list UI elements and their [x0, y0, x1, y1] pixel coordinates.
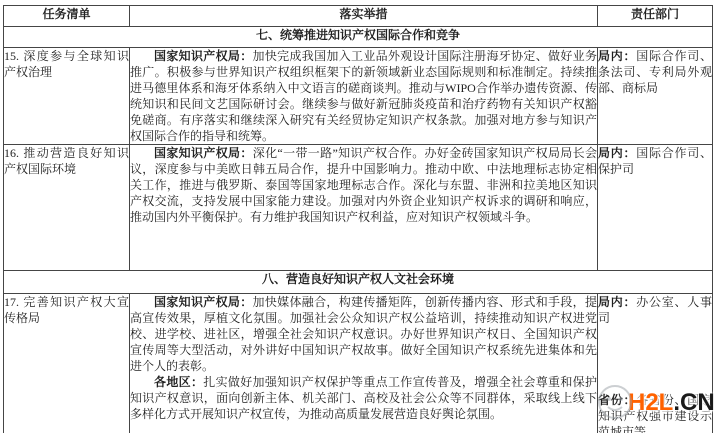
department-block: 局内：国际合作司、保护司 — [598, 145, 712, 177]
section-row-7: 七、统筹推进知识产权国际合作和竞争 — [4, 27, 713, 48]
task-cell-17: 17. 完善知识产权大宣传格局 — [4, 294, 130, 433]
task-cell-15: 15. 深度参与全球知识产权治理 — [4, 48, 130, 145]
dept-lead: 局内： — [598, 295, 636, 309]
column-header-departments: 责任部门 — [598, 6, 713, 27]
measures-cell-16: 国家知识产权局：深化“一带一路”知识产权合作。办好金砖国家知识产权局局长会议，深… — [130, 145, 598, 271]
measure-paragraph: 国家知识产权局：加快完成我国加入工业品外观设计国际注册海牙协定、做好业务推广。积… — [130, 48, 597, 144]
departments-cell-16: 局内：国际合作司、保护司 — [598, 145, 713, 271]
measure-paragraph: 国家知识产权局：加快媒体融合，构建传播矩阵，创新传播内容、形式和手段，提高宣传效… — [130, 294, 597, 374]
table-header-row: 任务清单 落实举措 责任部门 — [4, 6, 713, 27]
agency-lead: 国家知识产权局： — [154, 295, 253, 309]
section-row-8: 八、营造良好知识产权人文社会环境 — [4, 271, 713, 294]
departments-cell-17: 局内：办公室、人事司 省份：各省份、国家知识产权强市建设示范城市等 — [598, 294, 713, 433]
column-header-measures: 落实举措 — [130, 6, 598, 27]
department-block: 省份：各省份、国家知识产权强市建设示范城市等 — [598, 392, 712, 433]
measure-paragraph: 国家知识产权局：深化“一带一路”知识产权合作。办好金砖国家知识产权局局长会议，深… — [130, 145, 597, 225]
table-row: 17. 完善知识产权大宣传格局 国家知识产权局：加快媒体融合，构建传播矩阵，创新… — [4, 294, 713, 433]
section-title-8: 八、营造良好知识产权人文社会环境 — [4, 271, 713, 294]
section-title-7: 七、统筹推进知识产权国际合作和竞争 — [4, 27, 713, 48]
departments-cell-15: 局内：国际合作司、条法司、专利局外观部、商标局 — [598, 48, 713, 145]
task-table: 任务清单 落实举措 责任部门 七、统筹推进知识产权国际合作和竞争 15. 深度参… — [3, 5, 713, 433]
department-block: 局内：国际合作司、条法司、专利局外观部、商标局 — [598, 48, 712, 96]
regions-lead: 各地区： — [154, 375, 203, 389]
province-lead: 省份： — [598, 393, 636, 407]
measures-cell-17: 国家知识产权局：加快媒体融合，构建传播矩阵，创新传播内容、形式和手段，提高宣传效… — [130, 294, 598, 433]
table-row: 15. 深度参与全球知识产权治理 国家知识产权局：加快完成我国加入工业品外观设计… — [4, 48, 713, 145]
dept-lead: 局内： — [598, 146, 636, 160]
dept-lead: 局内： — [598, 49, 636, 63]
task-cell-16: 16. 推动营造良好知识产权国际环境 — [4, 145, 130, 271]
measure-text: 加快完成我国加入工业品外观设计国际注册海牙协定、做好业务推广。积极参与世界知识产… — [130, 49, 597, 143]
column-header-task: 任务清单 — [4, 6, 130, 27]
document-page: 任务清单 落实举措 责任部门 七、统筹推进知识产权国际合作和竞争 15. 深度参… — [0, 0, 720, 433]
agency-lead: 国家知识产权局： — [154, 146, 253, 160]
agency-lead: 国家知识产权局： — [154, 49, 253, 63]
department-block: 局内：办公室、人事司 — [598, 294, 712, 326]
measure-paragraph: 各地区：扎实做好加强知识产权保护等重点工作宣传普及，增强全社会尊重和保护知识产权… — [130, 374, 597, 422]
measures-cell-15: 国家知识产权局：加快完成我国加入工业品外观设计国际注册海牙协定、做好业务推广。积… — [130, 48, 598, 145]
table-row: 16. 推动营造良好知识产权国际环境 国家知识产权局：深化“一带一路”知识产权合… — [4, 145, 713, 271]
